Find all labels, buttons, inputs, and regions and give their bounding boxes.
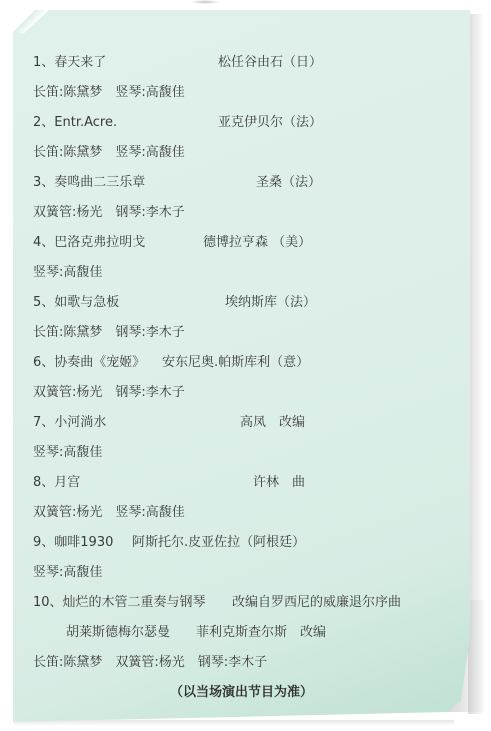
program-item-2-title-line: 2、Entr.Acre. 亚克伊贝尔（法） [33, 108, 463, 138]
performers: 竖琴:高馥佳 [33, 258, 102, 288]
program-item-5-performers-line: 长笛:陈黛梦 钢琴:李木子 [33, 318, 463, 348]
performers: 双簧管:杨光 钢琴:李木子 [33, 198, 185, 228]
performers: 双簧管:杨光 竖琴:高馥佳 [33, 498, 185, 528]
composer: 改编自罗西尼的威廉退尔序曲 [232, 588, 401, 618]
program-item-3-performers-line: 双簧管:杨光 钢琴:李木子 [33, 198, 463, 228]
piece-title: 9、咖啡1930 [33, 528, 113, 558]
program-note-line: （以当场演出节目为准） [33, 678, 463, 708]
piece-title: 3、奏鸣曲二三乐章 [33, 168, 145, 198]
program-note: （以当场演出节目为准） [33, 678, 450, 708]
program-item-7-performers-line: 竖琴:高馥佳 [33, 438, 463, 468]
program-item-1-performers-line: 长笛:陈黛梦 竖琴:高馥佳 [33, 78, 463, 108]
piece-title: 2、Entr.Acre. [33, 108, 117, 138]
arrangers: 胡莱斯德梅尔瑟曼 菲利克斯查尔斯 改编 [66, 618, 326, 648]
composer: 许林 曲 [253, 468, 305, 498]
program-item-4-title-line: 4、巴洛克弗拉明戈 德博拉亨森 （美） [33, 228, 463, 258]
composer: 埃纳斯库（法） [225, 288, 316, 318]
composer: 松任谷由石（日） [218, 48, 322, 78]
program-item-10-title-line: 10、灿烂的木管二重奏与钢琴 改编自罗西尼的威廉退尔序曲 [33, 588, 463, 618]
composer: 亚克伊贝尔（法） [218, 108, 322, 138]
pin-shadow [190, 0, 220, 4]
composer: 安东尼奥.帕斯库利（意） [162, 348, 309, 378]
piece-title: 6、协奏曲《宠姬》 [33, 348, 145, 378]
performers: 竖琴:高馥佳 [33, 558, 102, 588]
program-item-4-performers-line: 竖琴:高馥佳 [33, 258, 463, 288]
performers: 双簧管:杨光 钢琴:李木子 [33, 378, 185, 408]
piece-title: 10、灿烂的木管二重奏与钢琴 [33, 588, 206, 618]
piece-title: 8、月宫 [33, 468, 80, 498]
composer: 阿斯托尔.皮亚佐拉（阿根廷） [132, 528, 305, 558]
piece-title: 7、小河淌水 [33, 408, 106, 438]
performers: 长笛:陈黛梦 竖琴:高馥佳 [33, 138, 185, 168]
paper-bottom-shadow [14, 720, 454, 726]
program-item-10-performers-line: 长笛:陈黛梦 双簧管:杨光 钢琴:李木子 [33, 648, 463, 678]
program-item-7-title-line: 7、小河淌水 高凤 改编 [33, 408, 463, 438]
program-item-9-performers-line: 竖琴:高馥佳 [33, 558, 463, 588]
program-item-6-title-line: 6、协奏曲《宠姬》 安东尼奥.帕斯库利（意） [33, 348, 463, 378]
piece-title: 4、巴洛克弗拉明戈 [33, 228, 145, 258]
program-item-8-performers-line: 双簧管:杨光 竖琴:高馥佳 [33, 498, 463, 528]
program-item-6-performers-line: 双簧管:杨光 钢琴:李木子 [33, 378, 463, 408]
program-item-3-title-line: 3、奏鸣曲二三乐章 圣桑（法） [33, 168, 463, 198]
performers: 长笛:陈黛梦 双簧管:杨光 钢琴:李木子 [33, 648, 267, 678]
program-item-5-title-line: 5、如歌与急板 埃纳斯库（法） [33, 288, 463, 318]
program-item-9-title-line: 9、咖啡1930 阿斯托尔.皮亚佐拉（阿根廷） [33, 528, 463, 558]
performers: 长笛:陈黛梦 钢琴:李木子 [33, 318, 185, 348]
program-list: 1、春天来了 松任谷由石（日） 长笛:陈黛梦 竖琴:高馥佳 2、Entr.Acr… [33, 48, 463, 708]
performers: 竖琴:高馥佳 [33, 438, 102, 468]
piece-title: 5、如歌与急板 [33, 288, 119, 318]
composer: 德博拉亨森 （美） [203, 228, 311, 258]
composer: 高凤 改编 [240, 408, 305, 438]
composer: 圣桑（法） [256, 168, 321, 198]
piece-title: 1、春天来了 [33, 48, 106, 78]
program-item-1-title-line: 1、春天来了 松任谷由石（日） [33, 48, 463, 78]
program-item-8-title-line: 8、月宫 许林 曲 [33, 468, 463, 498]
performers: 长笛:陈黛梦 竖琴:高馥佳 [33, 78, 185, 108]
program-item-10-arranger-line: 胡莱斯德梅尔瑟曼 菲利克斯查尔斯 改编 [33, 618, 463, 648]
program-item-2-performers-line: 长笛:陈黛梦 竖琴:高馥佳 [33, 138, 463, 168]
